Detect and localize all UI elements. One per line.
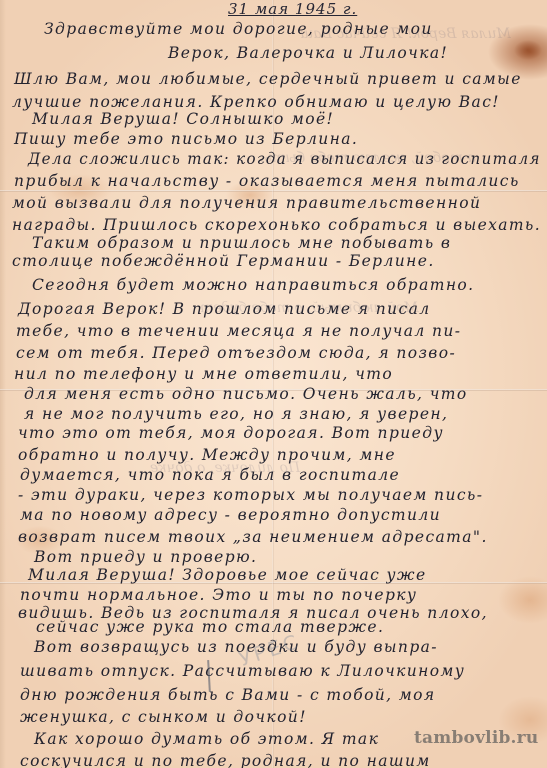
letter-line: Вот приеду и проверю. — [34, 548, 257, 566]
letter-line: Как хорошо думать об этом. Я так — [34, 730, 379, 748]
paper-edge-shadow — [0, 0, 6, 768]
scanned-letter-page: Милая Верок! Я сейчас Ваш а тобой, желаю… — [0, 0, 547, 768]
letter-line: Дорогая Верок! В прошлом письме я писал — [18, 300, 430, 318]
letter-line: Шлю Вам, мои любимые, сердечный привет и… — [14, 70, 522, 88]
letter-line: почти нормальное. Это и ты по почерку — [20, 586, 417, 604]
letter-line: женушка, с сынком и дочкой! — [20, 708, 307, 726]
letter-line: - эти дураки, через которых мы получаем … — [18, 486, 483, 504]
letter-line: Милая Веруша! Солнышко моё! — [32, 110, 334, 128]
letter-line: нил по телефону и мне ответили, что — [14, 365, 393, 383]
letter-line: сейчас уже рука то стала тверже. — [36, 618, 384, 636]
letter-line: дню рождения быть с Вами - с тобой, моя — [20, 686, 435, 704]
letter-line: я не мог получить его, но я знаю, я увер… — [24, 405, 448, 423]
letter-line: лучшие пожелания. Крепко обнимаю и целую… — [12, 93, 500, 111]
letter-line: сем от тебя. Перед отъездом сюда, я позв… — [16, 344, 456, 362]
letter-line: тебе, что в течении месяца я не получал … — [16, 322, 461, 340]
letter-line: что это от тебя, моя дорогая. Вот приеду — [18, 424, 444, 442]
site-watermark: tambovlib.ru — [414, 728, 538, 748]
letter-line: мой вызвали для получения правительствен… — [12, 194, 481, 212]
letter-line: соскучился и по тебе, родная, и по нашим — [20, 752, 431, 768]
greeting-line: Верок, Валерочка и Лилочка! — [168, 44, 448, 62]
letter-line: Таким образом и пришлось мне побывать в — [32, 234, 451, 252]
letter-line: думается, что пока я был в госпитале — [20, 466, 400, 484]
letter-line: Милая Веруша! Здоровье мое сейчас уже — [28, 566, 427, 584]
letter-line: обратно и получу. Между прочим, мне — [18, 446, 396, 464]
letter-line: Пишу тебе это письмо из Берлина. — [14, 130, 358, 148]
greeting-line: Здравствуйте мои дорогие, родные мои — [44, 20, 433, 38]
letter-line: для меня есть одно письмо. Очень жаль, ч… — [24, 385, 468, 403]
letter-line: столице побеждённой Германии - Берлине. — [12, 252, 435, 270]
letter-line: Сегодня будет можно направиться обратно. — [32, 276, 475, 294]
letter-line: ма по новому адресу - вероятно допустили — [20, 506, 441, 524]
letter-line: прибыл к начальству - оказывается меня п… — [14, 172, 520, 190]
letter-line: Дела сложились так: когда я выписался из… — [28, 150, 541, 168]
letter-date: 31 мая 1945 г. — [228, 0, 357, 18]
letter-line: возврат писем твоих „за неимением адреса… — [18, 528, 488, 546]
letter-line: награды. Пришлось скорехонько собраться … — [12, 216, 541, 234]
